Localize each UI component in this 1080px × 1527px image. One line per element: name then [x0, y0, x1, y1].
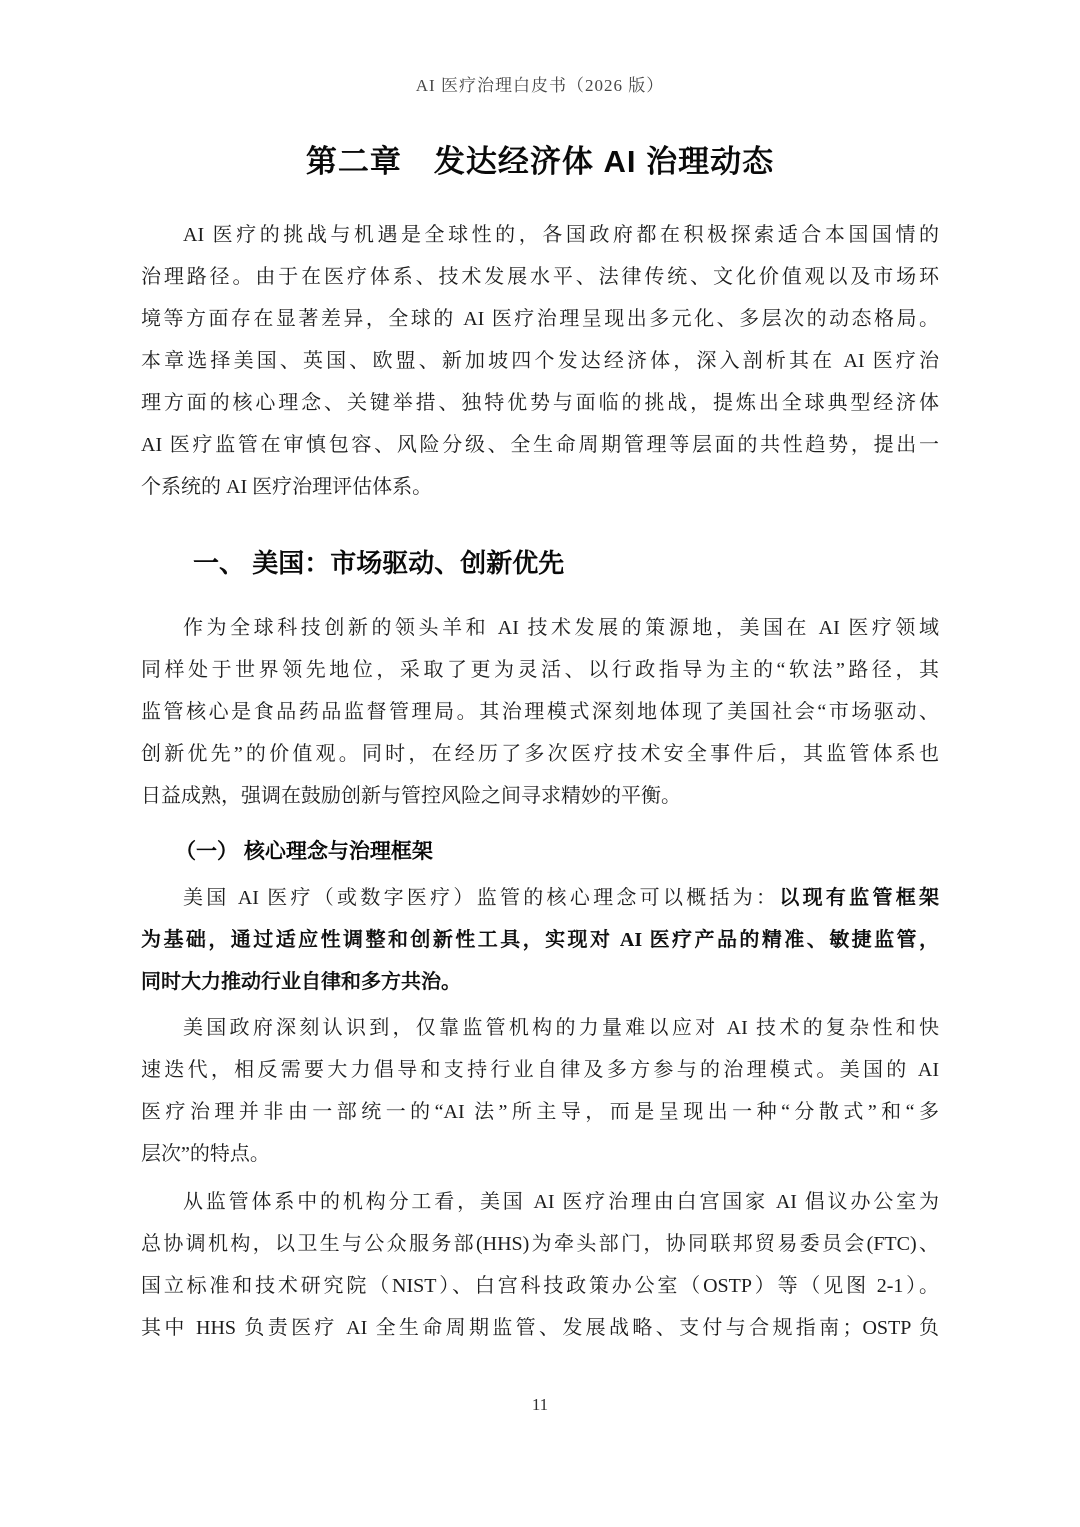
paragraph-line: 本章选择美国、英国、欧盟、新加坡四个发达经济体，深入剖析其在 AI 医疗治: [141, 340, 939, 382]
paragraph-line: 作为全球科技创新的领头羊和 AI 技术发展的策源地，美国在 AI 医疗领域: [141, 607, 939, 649]
line-normal-text: 美国 AI 医疗（或数字医疗）监管的核心理念可以概括为：: [183, 887, 779, 909]
paragraph-line: AI 医疗的挑战与机遇是全球性的，各国政府都在积极探索适合本国国情的: [141, 214, 939, 256]
paragraph-line: 监管核心是食品药品监督管理局。其治理模式深刻地体现了美国社会“市场驱动、: [141, 691, 939, 733]
paragraph-line: 同时大力推动行业自律和多方共治。: [141, 961, 939, 1003]
running-header: AI 医疗治理白皮书（2026 版）: [0, 0, 1080, 96]
paragraph-line: 速迭代，相反需要大力倡导和支持行业自律及多方参与的治理模式。美国的 AI: [141, 1049, 939, 1091]
page-number: 11: [0, 1395, 1080, 1415]
paragraph-line: 日益成熟，强调在鼓励创新与管控风险之间寻求精妙的平衡。: [141, 775, 939, 817]
paragraph-line: 理方面的核心理念、关键举措、独特优势与面临的挑战，提炼出全球典型经济体: [141, 382, 939, 424]
chapter-title: 第二章 发达经济体 AI 治理动态: [0, 142, 1080, 182]
intro-paragraph: AI 医疗的挑战与机遇是全球性的，各国政府都在积极探索适合本国国情的 治理路径。…: [141, 214, 939, 508]
paragraph-line: 同样处于世界领先地位，采取了更为灵活、以行政指导为主的“软法”路径，其: [141, 649, 939, 691]
page-content: AI 医疗的挑战与机遇是全球性的，各国政府都在积极探索适合本国国情的 治理路径。…: [141, 214, 939, 1349]
paragraph-line: 个系统的 AI 医疗治理评估体系。: [141, 466, 939, 508]
paragraph-line: 医疗治理并非由一部统一的“AI 法”所主导，而是呈现出一种“分散式”和“多: [141, 1091, 939, 1133]
paragraph-line: 为基础，通过适应性调整和创新性工具，实现对 AI 医疗产品的精准、敏捷监管，: [141, 919, 939, 961]
decentralized-paragraph: 美国政府深刻认识到，仅靠监管机构的力量难以应对 AI 技术的复杂性和快 速迭代，…: [141, 1007, 939, 1175]
paragraph-line: 国立标准和技术研究院（NIST）、白宫科技政策办公室（OSTP）等（见图 2-1…: [141, 1265, 939, 1307]
paragraph-line: 美国政府深刻认识到，仅靠监管机构的力量难以应对 AI 技术的复杂性和快: [141, 1007, 939, 1049]
agencies-paragraph: 从监管体系中的机构分工看，美国 AI 医疗治理由白宫国家 AI 倡议办公室为 总…: [141, 1181, 939, 1349]
paragraph-line: 其中 HHS 负责医疗 AI 全生命周期监管、发展战略、支付与合规指南；OSTP…: [141, 1307, 939, 1349]
section-heading-us: 一、 美国：市场驱动、创新优先: [141, 545, 939, 581]
paragraph-line: 境等方面存在显著差异，全球的 AI 医疗治理呈现出多元化、多层次的动态格局。: [141, 298, 939, 340]
paragraph-line: 从监管体系中的机构分工看，美国 AI 医疗治理由白宫国家 AI 倡议办公室为: [141, 1181, 939, 1223]
line-bold-text: 以现有监管框架: [779, 887, 939, 909]
core-principle-paragraph: 美国 AI 医疗（或数字医疗）监管的核心理念可以概括为：以现有监管框架 为基础，…: [141, 877, 939, 1003]
paragraph-line: 总协调机构，以卫生与公众服务部(HHS)为牵头部门，协同联邦贸易委员会(FTC)…: [141, 1223, 939, 1265]
paragraph-line: 创新优先”的价值观。同时，在经历了多次医疗技术安全事件后，其监管体系也: [141, 733, 939, 775]
subsection-heading-core: （一） 核心理念与治理框架: [141, 835, 939, 869]
paragraph-line: 治理路径。由于在医疗体系、技术发展水平、法律传统、文化价值观以及市场环: [141, 256, 939, 298]
document-page: AI 医疗治理白皮书（2026 版） 第二章 发达经济体 AI 治理动态 AI …: [0, 0, 1080, 1527]
paragraph-line: 美国 AI 医疗（或数字医疗）监管的核心理念可以概括为：以现有监管框架: [141, 877, 939, 919]
paragraph-line: AI 医疗监管在审慎包容、风险分级、全生命周期管理等层面的共性趋势，提出一: [141, 424, 939, 466]
us-overview-paragraph: 作为全球科技创新的领头羊和 AI 技术发展的策源地，美国在 AI 医疗领域 同样…: [141, 607, 939, 817]
paragraph-line: 层次”的特点。: [141, 1133, 939, 1175]
